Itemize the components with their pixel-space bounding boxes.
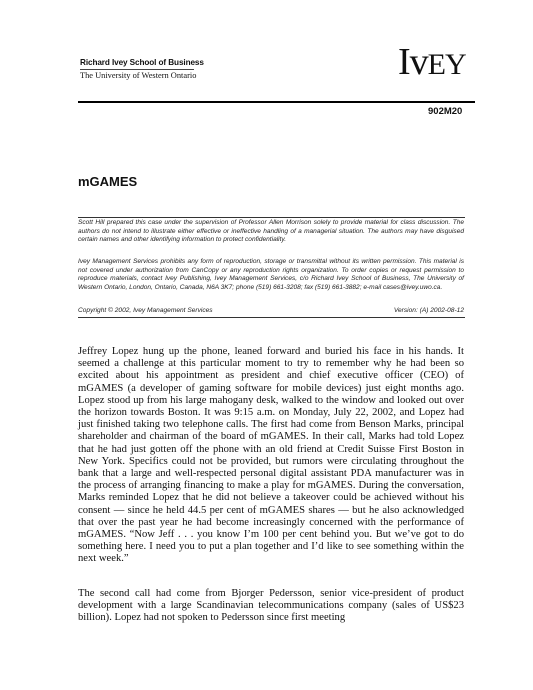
logo-text-small: EY	[428, 48, 466, 81]
school-name-divider	[80, 69, 194, 70]
header-divider	[78, 101, 475, 103]
body-paragraph: Jeffrey Lopez hung up the phone, leaned …	[78, 346, 464, 566]
copyright-text: Copyright © 2002, Ivey Management Servic…	[78, 307, 213, 314]
authorship-disclaimer: Scott Hill prepared this case under the …	[78, 219, 464, 245]
version-text: Version: (A) 2002-08-12	[394, 307, 464, 314]
disclaimer-top-divider	[78, 217, 465, 218]
university-name: The University of Western Ontario	[80, 71, 196, 80]
reproduction-notice: Ivey Management Services prohibits any f…	[78, 258, 464, 292]
school-name: Richard Ivey School of Business	[80, 58, 204, 67]
body-paragraph: The second call had come from Bjorger Pe…	[78, 588, 464, 625]
disclaimer-bottom-divider	[78, 317, 465, 318]
copyright-row: Copyright © 2002, Ivey Management Servic…	[78, 307, 464, 314]
ivey-logo: IvEY	[398, 42, 466, 85]
case-number: 902M20	[428, 106, 462, 117]
case-title: mGAMES	[78, 174, 137, 189]
logo-text-big: Iv	[398, 41, 428, 83]
